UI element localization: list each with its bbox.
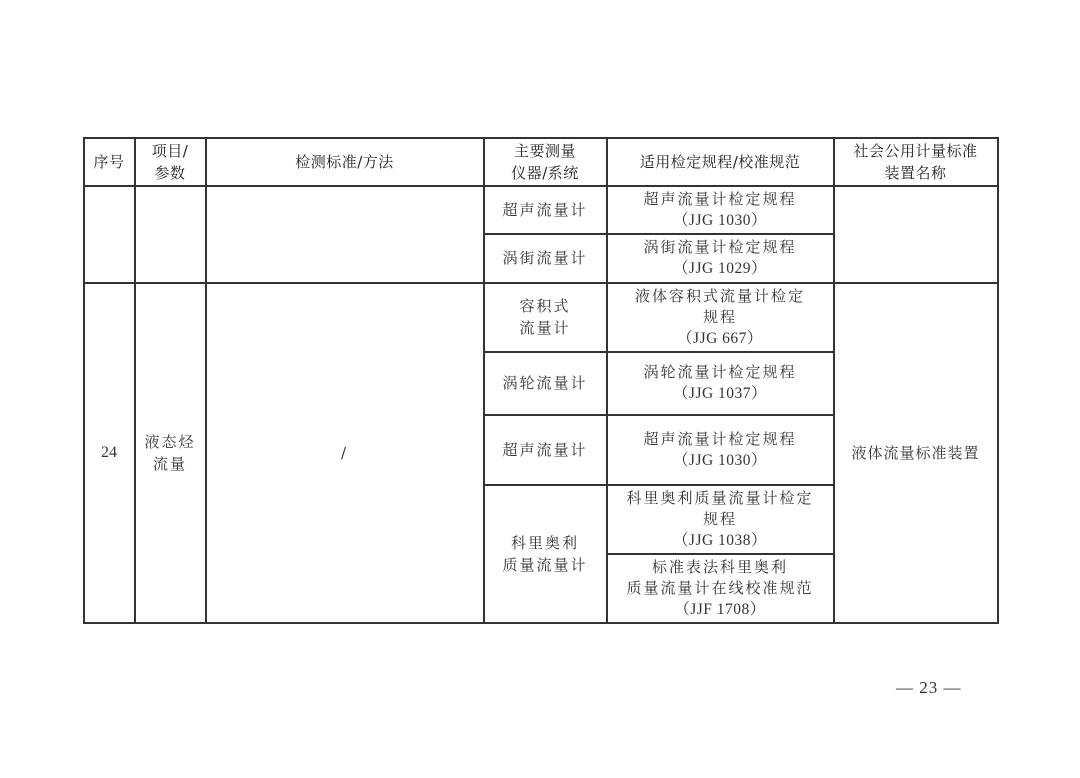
row24-sub3-regulation: 超声流量计检定规程 （JJG 1030）	[607, 415, 833, 484]
row24-sub1-regulation: 液体容积式流量计检定 规程 （JJG 667）	[607, 283, 833, 351]
regulation-title: 超声流量计检定规程	[643, 428, 796, 450]
device-name: 液体流量标准装置	[851, 442, 979, 464]
header-method: 检测标准/方法	[206, 138, 483, 185]
regulation-title: 涡街流量计检定规程	[643, 236, 796, 258]
header-instrument-line2: 仪器/系统	[511, 162, 579, 184]
header-item-line2: 参数	[154, 162, 185, 184]
document-page: 序号 项目/ 参数 检测标准/方法 主要测量 仪器/系统 适用检定规程/校准规范…	[0, 0, 1080, 778]
table-border-right	[997, 137, 999, 624]
row24-sub4-regulation-b: 标准表法科里奥利 质量流量计在线校准规范 （JJF 1708）	[607, 554, 833, 622]
header-instrument: 主要测量 仪器/系统	[484, 138, 606, 185]
row24-sub1-instrument: 容积式 流量计	[484, 283, 606, 351]
instrument-text: 超声流量计	[502, 439, 587, 461]
row24-item: 液态烃 流量	[135, 283, 205, 623]
header-device-line1: 社会公用计量标准	[853, 140, 977, 162]
cont-row2-regulation: 涡街流量计检定规程 （JJG 1029）	[607, 234, 833, 282]
header-device-line2: 装置名称	[884, 162, 946, 184]
row24-method: /	[206, 283, 483, 623]
row24-seq: 24	[84, 283, 134, 623]
cont-row1-instrument: 超声流量计	[484, 186, 606, 233]
page-number: — 23 —	[896, 678, 962, 698]
header-seq-text: 序号	[93, 151, 124, 173]
row24-sub3-instrument: 超声流量计	[484, 415, 606, 484]
regulation-title-cont: 质量流量计在线校准规范	[626, 578, 813, 599]
instrument-text: 超声流量计	[502, 199, 587, 221]
regulation-code: （JJG 1038）	[673, 530, 767, 551]
regulation-title: 超声流量计检定规程	[643, 188, 796, 210]
instrument-text: 涡轮流量计	[502, 372, 587, 394]
item-line1: 液态烃	[144, 431, 195, 453]
method-text: /	[341, 442, 348, 464]
cont-row1-regulation: 超声流量计检定规程 （JJG 1030）	[607, 186, 833, 233]
regulation-code: （JJG 1030）	[673, 210, 767, 232]
cont-row2-instrument: 涡街流量计	[484, 234, 606, 282]
header-instrument-line1: 主要测量	[514, 140, 576, 162]
row24-sub4-regulation-a: 科里奥利质量流量计检定 规程 （JJG 1038）	[607, 485, 833, 553]
regulation-code: （JJG 1030）	[673, 450, 767, 472]
header-item-line1: 项目/	[152, 140, 189, 162]
regulation-title: 标准表法科里奥利	[652, 557, 788, 578]
regulation-title: 涡轮流量计检定规程	[643, 361, 796, 383]
header-regulation-text: 适用检定规程/校准规范	[640, 151, 801, 173]
instrument-line2: 流量计	[519, 317, 570, 339]
header-method-text: 检测标准/方法	[295, 151, 394, 173]
regulation-code: （JJF 1708）	[674, 599, 766, 620]
instrument-line1: 科里奥利	[511, 532, 579, 554]
row24-device: 液体流量标准装置	[834, 283, 997, 623]
seq-number: 24	[101, 442, 117, 464]
regulation-code: （JJG 1037）	[673, 383, 767, 405]
regulation-title-cont: 规程	[703, 307, 737, 328]
instrument-line2: 质量流量计	[502, 554, 587, 576]
instrument-text: 涡街流量计	[502, 247, 587, 269]
regulation-title: 科里奥利质量流量计检定	[626, 488, 813, 509]
header-regulation: 适用检定规程/校准规范	[607, 138, 833, 185]
regulation-code: （JJG 1029）	[673, 258, 767, 280]
regulation-title: 液体容积式流量计检定	[635, 286, 805, 307]
regulation-title-cont: 规程	[703, 509, 737, 530]
regulation-code: （JJG 667）	[677, 328, 763, 349]
row24-sub4-instrument: 科里奥利 质量流量计	[484, 485, 606, 622]
item-line2: 流量	[153, 453, 187, 475]
row24-sub2-regulation: 涡轮流量计检定规程 （JJG 1037）	[607, 352, 833, 414]
header-device: 社会公用计量标准 装置名称	[834, 138, 997, 185]
header-item: 项目/ 参数	[135, 138, 205, 185]
instrument-line1: 容积式	[519, 295, 570, 317]
row24-sub2-instrument: 涡轮流量计	[484, 352, 606, 414]
header-seq: 序号	[84, 138, 134, 185]
